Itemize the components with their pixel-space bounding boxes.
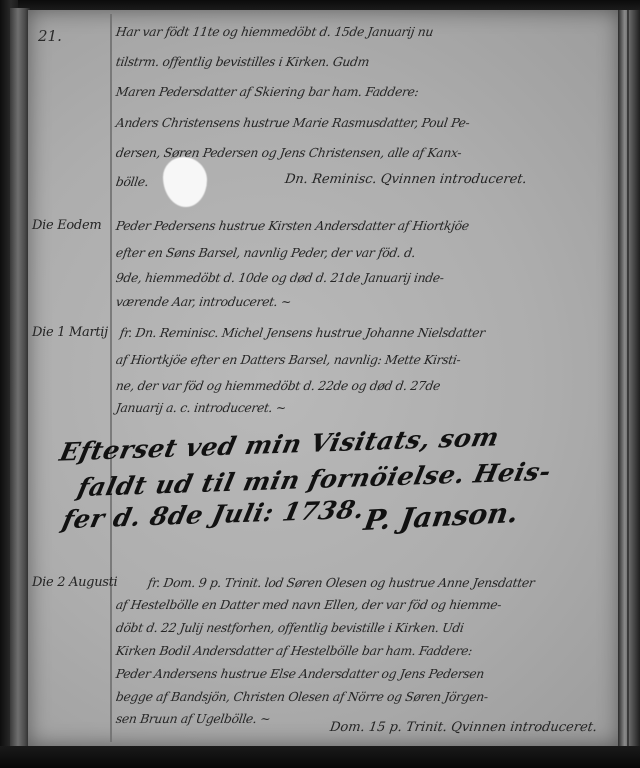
margin-date: Die 2 Augusti bbox=[32, 575, 117, 590]
margin-date: Die Eodem bbox=[32, 218, 101, 233]
entry-line: Har var födt 11te og hiemmedöbt d. 15de … bbox=[115, 24, 434, 39]
entry-line: Maren Pedersdatter af Skiering bar ham. … bbox=[115, 84, 420, 99]
entry-line: ne, der var föd og hiemmedöbt d. 22de og… bbox=[115, 378, 441, 393]
entry-line: 9de, hiemmedöbt d. 10de og død d. 21de J… bbox=[115, 270, 445, 285]
entry-line: fr. Dom. 9 p. Trinit. lod Søren Olesen o… bbox=[147, 575, 536, 590]
entry-line: begge af Bandsjön, Christen Olesen af Nö… bbox=[115, 689, 489, 704]
entry-closing: Dom. 15 p. Trinit. Qvinnen introduceret. bbox=[329, 720, 598, 735]
entry-line: bölle. bbox=[115, 174, 150, 189]
margin-rule bbox=[110, 14, 112, 742]
book-edge-right bbox=[618, 10, 640, 750]
entry-line: fr. Dn. Reminisc. Michel Jensens hustrue… bbox=[119, 325, 486, 340]
entry-line: værende Aar, introduceret. ~ bbox=[115, 294, 292, 309]
entry-line: tilstrm. offentlig bevistilles i Kirken.… bbox=[115, 54, 370, 69]
book-edge-bottom bbox=[0, 746, 640, 768]
entry-line: dersen, Søren Pedersen og Jens Christens… bbox=[115, 145, 462, 160]
book-binding bbox=[10, 8, 30, 748]
entry-line: Januarij a. c. introduceret. ~ bbox=[115, 400, 287, 415]
margin-date: Die 1 Martij bbox=[32, 325, 108, 340]
entry-line: Kirken Bodil Andersdatter af Hestelbölle… bbox=[115, 643, 473, 658]
entry-line: Anders Christensens hustrue Marie Rasmus… bbox=[115, 115, 471, 130]
entry-line: efter en Søns Barsel, navnlig Peder, der… bbox=[115, 245, 416, 260]
entry-line: Peder Andersens hustrue Else Andersdatte… bbox=[115, 666, 485, 681]
entry-number: 21. bbox=[38, 27, 62, 45]
entry-line: sen Bruun af Ugelbölle. ~ bbox=[115, 711, 271, 726]
entry-line: af Hestelbölle en Datter med navn Ellen,… bbox=[115, 597, 502, 612]
entry-line: döbt d. 22 Julij nestforhen, offentlig b… bbox=[115, 620, 465, 635]
entry-line: af Hiortkjöe efter en Datters Barsel, na… bbox=[115, 352, 462, 367]
entry-line: Peder Pedersens hustrue Kirsten Andersda… bbox=[115, 218, 470, 233]
entry-closing: Dn. Reminisc. Qvinnen introduceret. bbox=[284, 172, 528, 187]
page-right-rule bbox=[627, 10, 629, 750]
